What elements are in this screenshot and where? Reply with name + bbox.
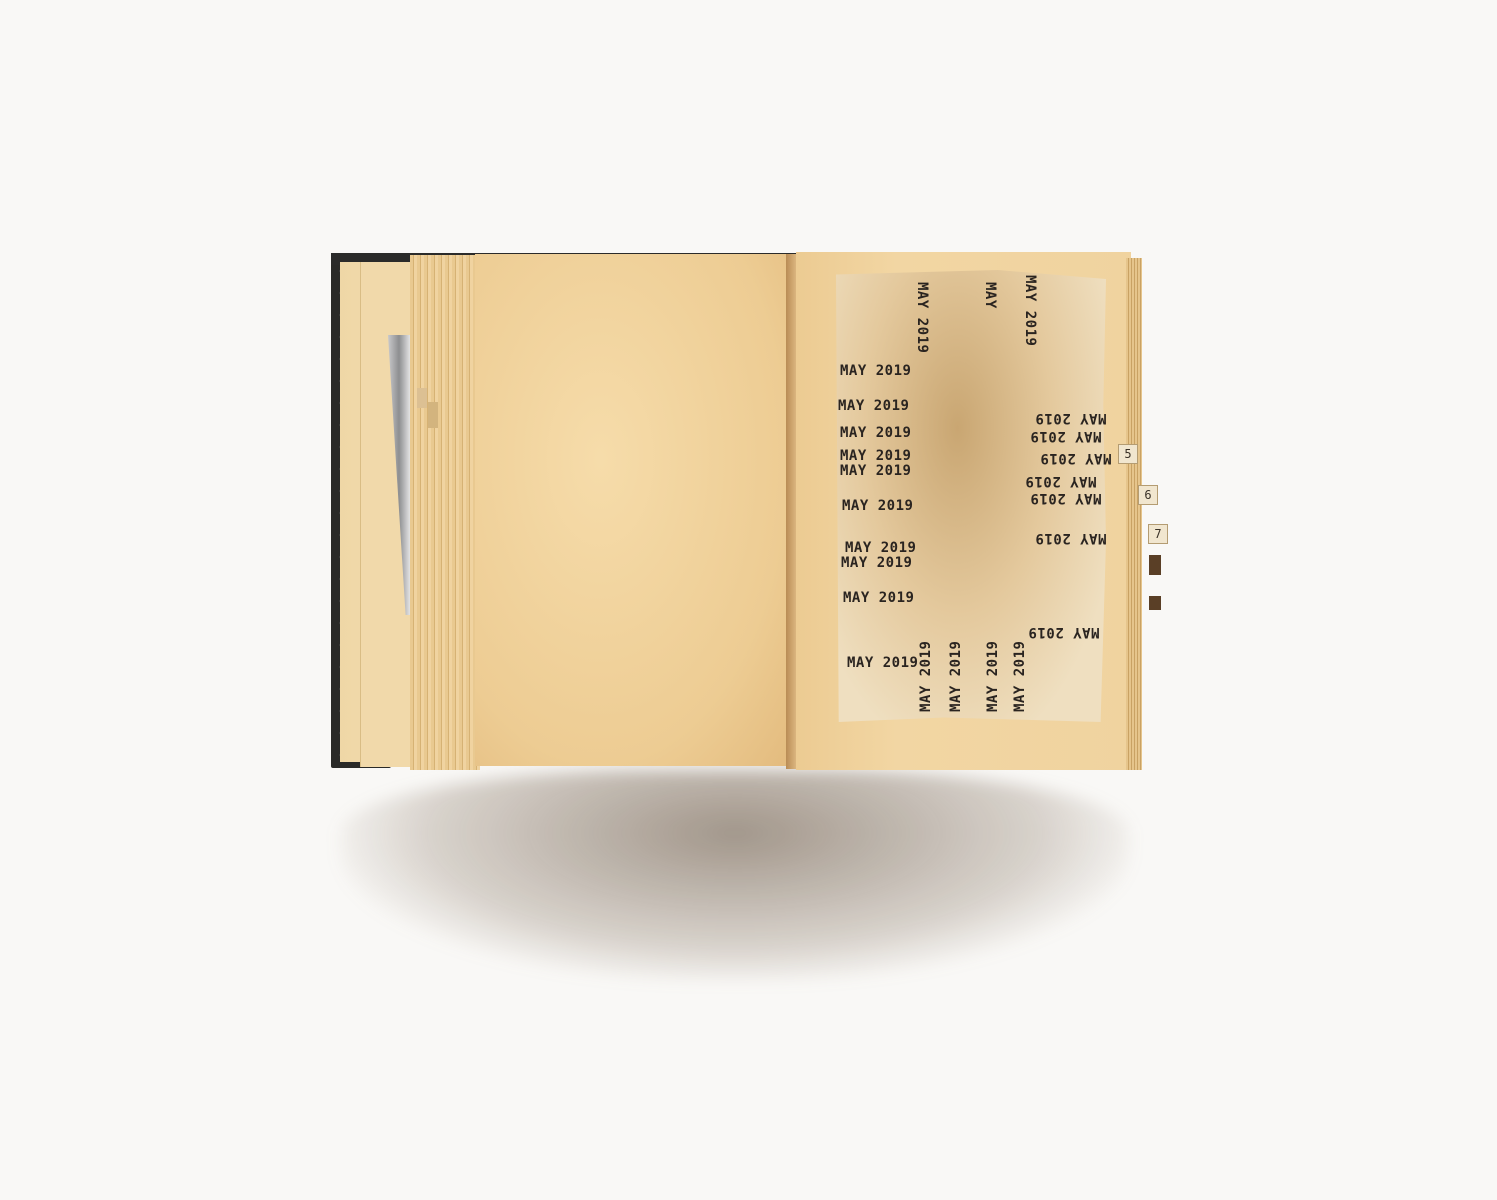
date-stamp-vertical: MAY 2019 <box>918 641 934 712</box>
date-stamp: MAY 2019 <box>840 448 911 464</box>
date-stamp-inverted: MAY 2019 <box>1040 450 1111 466</box>
date-stamp: MAY 2019 <box>840 463 911 479</box>
date-stamp-inverted: MAY 2019 <box>1030 490 1101 506</box>
index-tab-6[interactable]: 6 <box>1138 485 1158 505</box>
left-page-tab[interactable] <box>428 402 438 428</box>
date-stamp: MAY 2019 <box>847 655 918 671</box>
date-stamp-vertical: MAY 2019 <box>1012 641 1028 712</box>
date-stamp: MAY 2019 <box>840 363 911 379</box>
date-stamp-vertical-top: MAY 2019 <box>1022 275 1038 346</box>
book-shadow <box>340 770 1130 980</box>
date-stamp: MAY 2019 <box>843 590 914 606</box>
index-tab-7[interactable]: 7 <box>1148 524 1168 544</box>
date-stamp-vertical: MAY 2019 <box>948 641 964 712</box>
date-stamp: MAY 2019 <box>841 555 912 571</box>
left-page <box>475 254 789 766</box>
date-stamp-inverted: MAY 2019 <box>1035 530 1106 546</box>
date-stamp-vertical: MAY 2019 <box>985 641 1001 712</box>
index-tab-dark[interactable] <box>1149 596 1161 610</box>
date-stamp-inverted: MAY 2019 <box>1030 428 1101 444</box>
index-tab-dark[interactable] <box>1149 555 1161 575</box>
date-stamp-vertical-top: MAY 2019 <box>914 282 930 353</box>
date-stamp-inverted: MAY 2019 <box>1025 473 1096 489</box>
page-stack-right <box>1126 258 1142 770</box>
left-page-tab[interactable] <box>417 388 427 408</box>
date-stamp: MAY 2019 <box>838 398 909 414</box>
date-stamp-inverted: MAY 2019 <box>1035 410 1106 426</box>
date-stamp-vertical-top: MAY <box>982 282 998 309</box>
date-stamp: MAY 2019 <box>842 498 913 514</box>
date-stamp: MAY 2019 <box>845 540 916 556</box>
date-stamp-inverted: MAY 2019 <box>1028 624 1099 640</box>
index-tab-5[interactable]: 5 <box>1118 444 1138 464</box>
date-stamp: MAY 2019 <box>840 425 911 441</box>
page-stack-left <box>410 255 480 770</box>
